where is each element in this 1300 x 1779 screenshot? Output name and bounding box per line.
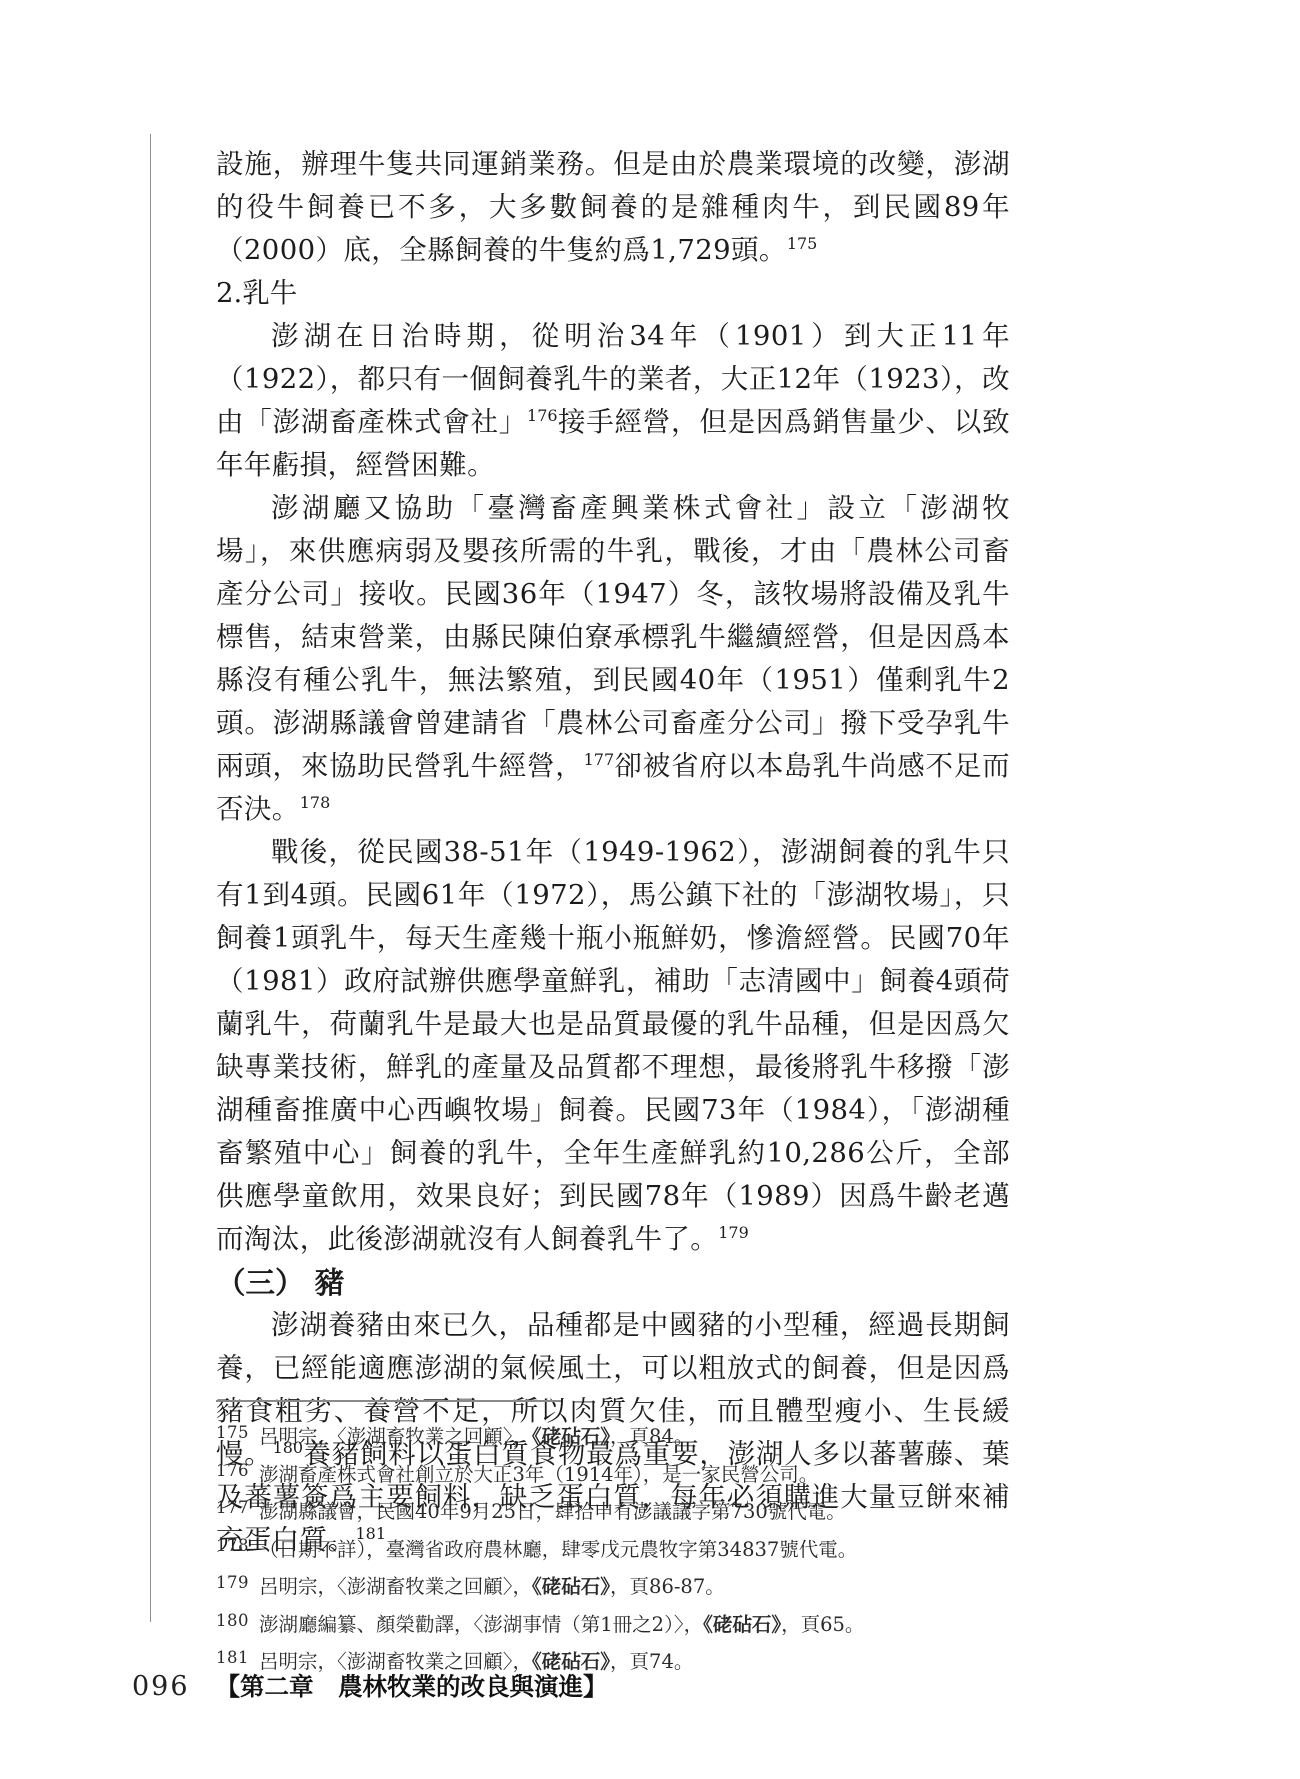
text-run: 設施，辦理牛隻共同運銷業務。但是由於農業環境的改變，澎湖的役牛飼養已不多，大多數… bbox=[216, 148, 1010, 266]
page-number: 096 bbox=[132, 1671, 190, 1702]
footnote-text: 澎湖縣議會，民國40年9月25日，肆拾申有澎議議字第730號代電。 bbox=[259, 1500, 846, 1523]
footnote-number: 179 bbox=[216, 1573, 249, 1592]
text-run: 呂明宗，〈澎湖畜牧業之回顧〉， bbox=[259, 1575, 532, 1598]
footnote-item: 179呂明宗，〈澎湖畜牧業之回顧〉，《硓砧石》，頁86-87。 bbox=[216, 1566, 1010, 1604]
book-title: 《硓砧石》 bbox=[703, 1613, 781, 1636]
left-margin-rule bbox=[150, 134, 151, 1622]
footnote-text: 呂明宗，〈澎湖畜牧業之回顧〉，《硓砧石》，頁84。 bbox=[259, 1425, 693, 1448]
footnote-separator bbox=[216, 1400, 561, 1402]
text-run: 澎湖畜產株式會社創立於大正3年（1914年），是一家民營公司。 bbox=[259, 1463, 818, 1486]
book-title: 《硓砧石》 bbox=[532, 1425, 610, 1448]
footnote-item: 177澎湖縣議會，民國40年9月25日，肆拾申有澎議議字第730號代電。 bbox=[216, 1491, 1010, 1529]
paragraph: 澎湖在日治時期，從明治34年（1901）到大正11年（1922），都只有一個飼養… bbox=[216, 315, 1010, 487]
section-heading: 2.乳牛 bbox=[216, 272, 1010, 315]
footnote-ref: 176 bbox=[527, 406, 558, 425]
paragraph: 澎湖廳又協助「臺灣畜產興業株式會社」設立「澎湖牧場」，來供應病弱及嬰孩所需的牛乳… bbox=[216, 487, 1010, 831]
text-run: 澎湖廳又協助「臺灣畜產興業株式會社」設立「澎湖牧場」，來供應病弱及嬰孩所需的牛乳… bbox=[216, 492, 1010, 782]
paragraph: 戰後，從民國38-51年（1949-1962），澎湖飼養的乳牛只有1到4頭。民國… bbox=[216, 831, 1010, 1261]
footnotes: 175呂明宗，〈澎湖畜牧業之回顧〉，《硓砧石》，頁84。176澎湖畜產株式會社創… bbox=[216, 1400, 1010, 1679]
footnote-text: （日期不詳），臺灣省政府農林廳，肆零戊元農牧字第34837號代電。 bbox=[259, 1538, 857, 1561]
footnote-list: 175呂明宗，〈澎湖畜牧業之回顧〉，《硓砧石》，頁84。176澎湖畜產株式會社創… bbox=[216, 1416, 1010, 1679]
footnote-item: 176澎湖畜產株式會社創立於大正3年（1914年），是一家民營公司。 bbox=[216, 1454, 1010, 1492]
text-run: 戰後，從民國38-51年（1949-1962），澎湖飼養的乳牛只有1到4頭。民國… bbox=[216, 836, 1010, 1255]
footnote-item: 180澎湖廳編纂、顏榮勸譯，〈澎湖事情（第1冊之2）〉，《硓砧石》，頁65。 bbox=[216, 1604, 1010, 1642]
text-run: ，頁84。 bbox=[610, 1425, 693, 1448]
footnote-ref: 175 bbox=[787, 234, 818, 253]
footnote-text: 澎湖畜產株式會社創立於大正3年（1914年），是一家民營公司。 bbox=[259, 1463, 818, 1486]
page-footer: 096 【第二章 農林牧業的改良與演進】 bbox=[132, 1668, 608, 1703]
section-heading: （三） 豬 bbox=[216, 1261, 1010, 1304]
footnote-ref: 179 bbox=[718, 1223, 749, 1242]
footnote-number: 180 bbox=[216, 1611, 249, 1630]
text-run: 澎湖廳編纂、顏榮勸譯，〈澎湖事情（第1冊之2）〉， bbox=[259, 1613, 703, 1636]
book-title: 《硓砧石》 bbox=[532, 1575, 610, 1598]
body-content: 設施，辦理牛隻共同運銷業務。但是由於農業環境的改變，澎湖的役牛飼養已不多，大多數… bbox=[216, 143, 1010, 1562]
footnote-number: 181 bbox=[216, 1648, 249, 1667]
footnote-item: 175呂明宗，〈澎湖畜牧業之回顧〉，《硓砧石》，頁84。 bbox=[216, 1416, 1010, 1454]
text-run: （日期不詳），臺灣省政府農林廳，肆零戊元農牧字第34837號代電。 bbox=[259, 1538, 857, 1561]
text-run: 澎湖縣議會，民國40年9月25日，肆拾申有澎議議字第730號代電。 bbox=[259, 1500, 846, 1523]
page: { "colors": { "background": "#ffffff", "… bbox=[0, 0, 1300, 1779]
footnote-ref: 177 bbox=[584, 750, 615, 769]
footnote-ref: 178 bbox=[300, 793, 331, 812]
footnote-item: 178（日期不詳），臺灣省政府農林廳，肆零戊元農牧字第34837號代電。 bbox=[216, 1529, 1010, 1567]
footnote-number: 175 bbox=[216, 1423, 249, 1442]
text-run: ，頁65。 bbox=[781, 1613, 864, 1636]
footnote-number: 176 bbox=[216, 1461, 249, 1480]
text-run: ，頁86-87。 bbox=[610, 1575, 725, 1598]
text-run: ，頁74。 bbox=[610, 1650, 693, 1673]
text-run: 呂明宗，〈澎湖畜牧業之回顧〉， bbox=[259, 1425, 532, 1448]
footnote-number: 178 bbox=[216, 1536, 249, 1555]
footnote-text: 澎湖廳編纂、顏榮勸譯，〈澎湖事情（第1冊之2）〉，《硓砧石》，頁65。 bbox=[259, 1613, 864, 1636]
paragraph: 設施，辦理牛隻共同運銷業務。但是由於農業環境的改變，澎湖的役牛飼養已不多，大多數… bbox=[216, 143, 1010, 272]
footnote-text: 呂明宗，〈澎湖畜牧業之回顧〉，《硓砧石》，頁86-87。 bbox=[259, 1575, 725, 1598]
chapter-title: 【第二章 農林牧業的改良與演進】 bbox=[216, 1668, 608, 1703]
footnote-number: 177 bbox=[216, 1498, 249, 1517]
